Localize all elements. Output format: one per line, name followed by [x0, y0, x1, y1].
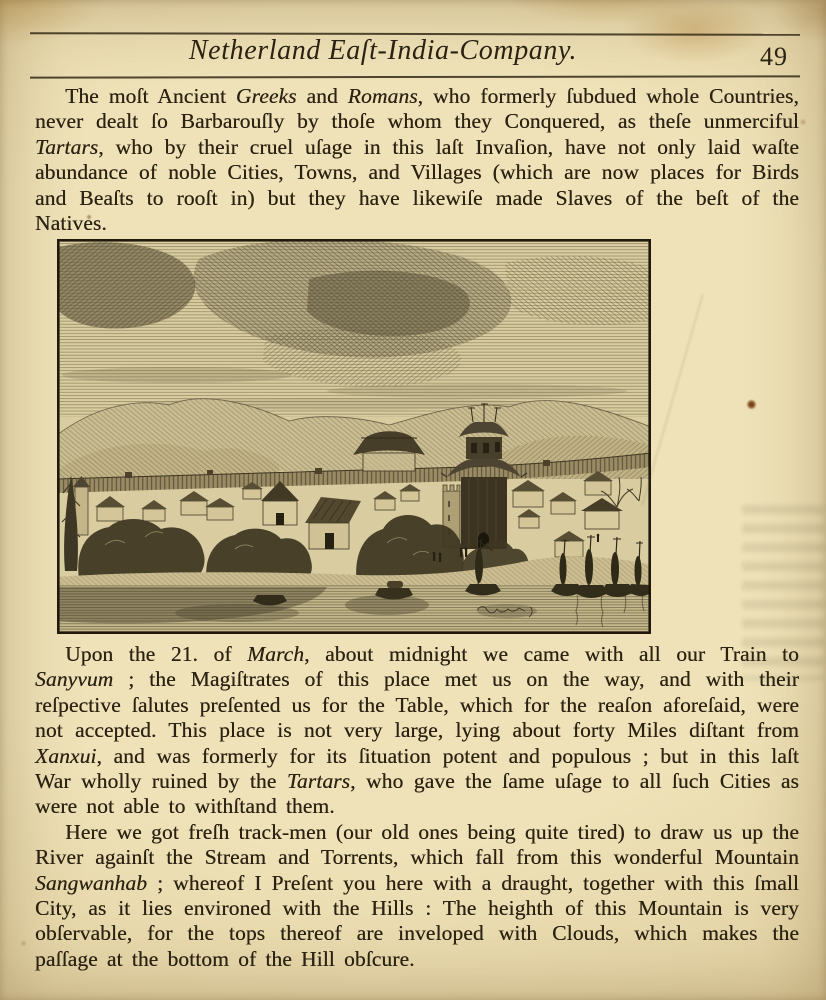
- running-title: Netherland Eaſt-India-Company.: [33, 35, 733, 67]
- engraving-svg: [57, 239, 651, 634]
- page-number: 49: [760, 42, 788, 72]
- engraving-city-view: [57, 239, 651, 634]
- paragraph: Upon the 21. of March, about midnight we…: [35, 642, 799, 820]
- header-rule-bottom: [30, 75, 800, 78]
- book-page: Netherland Eaſt-India-Company. 49 The mo…: [0, 0, 826, 1000]
- foxing-spot: [20, 940, 27, 947]
- paragraph: The moſt Ancient Greeks and Romans, who …: [35, 84, 799, 236]
- paragraph-block-1: The moſt Ancient Greeks and Romans, who …: [35, 84, 799, 236]
- foxing-spot: [746, 399, 757, 410]
- paragraph-block-2: Upon the 21. of March, about midnight we…: [35, 642, 799, 972]
- foxing-spot: [799, 118, 807, 126]
- paragraph: Here we got freſh track-men (our old one…: [35, 820, 799, 972]
